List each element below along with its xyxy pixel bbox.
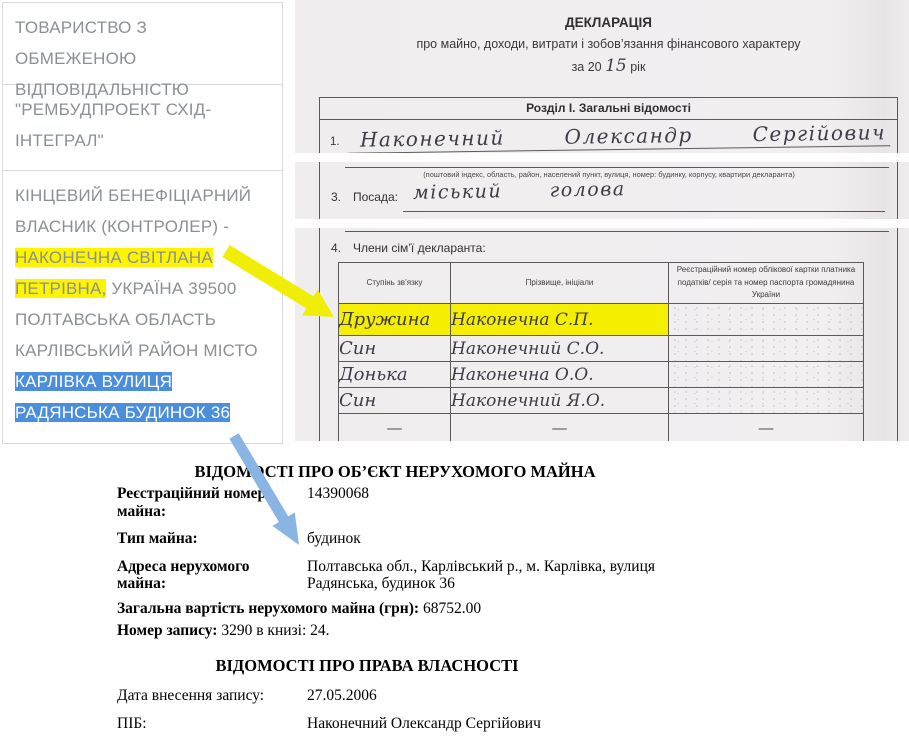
- field-label: Тип майна:: [117, 530, 307, 548]
- field3-number: 3.: [331, 190, 341, 204]
- company-type-cell: ТОВАРИСТВО З ОБМЕЖЕНОЮ ВІДПОВІДАЛЬНІСТЮ: [3, 3, 282, 85]
- field-label: ПІБ:: [117, 715, 307, 733]
- table-row-son1: Син Наконечний С.О.: [339, 336, 864, 362]
- year-suffix: рік: [630, 60, 645, 74]
- table-row-daughter: Донька Наконечна О.О.: [339, 362, 864, 388]
- property-section-title: ВІДОМОСТІ ПРО ОБ’ЄКТ НЕРУХОМОГО МАЙНА: [117, 463, 673, 481]
- section1-heading: Розділ І. Загальні відомості: [320, 98, 897, 120]
- field-label: Адреса нерухомого майна:: [117, 558, 307, 593]
- ownership-section-title: ВІДОМОСТІ ПРО ПРАВА ВЛАСНОСТІ: [117, 657, 617, 675]
- field-value: Наконечний Олександр Сергійович: [307, 715, 727, 733]
- field4-number: 4.: [331, 241, 341, 255]
- field-value: 27.05.2006: [307, 687, 727, 705]
- col-relation-header: Ступінь зв’язку: [339, 263, 451, 304]
- family-members-table: Ступінь зв’язку Прізвище, ініціали Реєст…: [338, 262, 864, 441]
- total-value: 68752.00: [419, 600, 481, 617]
- position-label: Посада:: [353, 190, 398, 204]
- address-underline: [345, 167, 889, 168]
- top-underline: [345, 231, 889, 232]
- company-name-cell: "РЕМБУДПРОЕКТ СХІД-ІНТЕГРАЛ": [3, 85, 282, 171]
- beneficiary-cell: КІНЦЕВИЙ БЕНЕФІЦІАРНИЙ ВЛАСНИК (КОНТРОЛЕ…: [3, 171, 282, 443]
- beneficiary-prefix: КІНЦЕВИЙ БЕНЕФІЦІАРНИЙ ВЛАСНИК (КОНТРОЛЕ…: [15, 186, 251, 236]
- field-value: Полтавська обл., Карлівський р., м. Карл…: [307, 558, 727, 593]
- position-handwritten: міський голова: [413, 178, 626, 204]
- ownership-fields: Дата внесення запису: 27.05.2006 ПІБ: На…: [117, 687, 727, 732]
- field-value: будинок: [307, 530, 727, 548]
- record-number-line: Номер запису: 3290 в книзі: 24.: [117, 622, 330, 640]
- total-value-line: Загальна вартість нерухомого майна (грн)…: [117, 600, 481, 618]
- declarant-name-handwritten: Наконечний Олександр Сергійович: [347, 120, 889, 153]
- property-details-section: ВІДОМОСТІ ПРО ОБ’ЄКТ НЕРУХОМОГО МАЙНА Ре…: [0, 455, 909, 741]
- year-handwritten: 15: [605, 56, 627, 76]
- field1-number: 1.: [330, 136, 340, 150]
- property-fields: Реєстраційний номер майна: 14390068 Тип …: [117, 485, 727, 593]
- family-members-label: Члени сім’ї декларанта:: [353, 241, 486, 255]
- declaration-scan-strip-3: 4. Члени сім’ї декларанта: Ступінь зв’яз…: [295, 228, 909, 441]
- declaration-year-line: за 20 15 рік: [319, 56, 898, 76]
- total-value-label: Загальна вартість нерухомого майна (грн)…: [117, 600, 419, 617]
- field-value: 14390068: [307, 485, 727, 520]
- composite-screenshot: ТОВАРИСТВО З ОБМЕЖЕНОЮ ВІДПОВІДАЛЬНІСТЮ …: [0, 0, 909, 741]
- table-row-empty-dashes: — — —: [339, 414, 864, 442]
- field-label: Дата внесення запису:: [117, 687, 307, 705]
- record-number-label: Номер запису:: [117, 622, 217, 639]
- declaration-scan-strip-1: ДЕКЛАРАЦІЯ про майно, доходи, витрати і …: [295, 0, 909, 153]
- field-label: Реєстраційний номер майна:: [117, 485, 307, 520]
- declaration-title: ДЕКЛАРАЦІЯ: [319, 15, 898, 30]
- beneficiary-address-highlight: КАРЛІВКА ВУЛИЦЯ РАДЯНСЬКА БУДИНОК 36: [15, 372, 230, 422]
- col-name-header: Прізвище, ініціали: [451, 263, 669, 304]
- table-row-son2: Син Наконечний Я.О.: [339, 388, 864, 414]
- position-underline: [403, 211, 885, 212]
- declaration-scan-strip-2: (поштовий індекс, область, район, населе…: [295, 162, 909, 219]
- record-number-value: 3290 в книзі: 24.: [217, 622, 329, 639]
- registry-sidebar: ТОВАРИСТВО З ОБМЕЖЕНОЮ ВІДПОВІДАЛЬНІСТЮ …: [2, 2, 283, 444]
- declaration-subtitle: про майно, доходи, витрати і зобов’язанн…: [319, 37, 898, 51]
- col-regnumber-header: Реєстраційний номер облікової картки пла…: [669, 263, 864, 304]
- table-row-wife-highlighted: Дружина Наконечна С.П.: [339, 304, 864, 336]
- year-prefix: за 20: [572, 60, 602, 74]
- section1-box: Розділ І. Загальні відомості 1. Наконечн…: [319, 97, 898, 153]
